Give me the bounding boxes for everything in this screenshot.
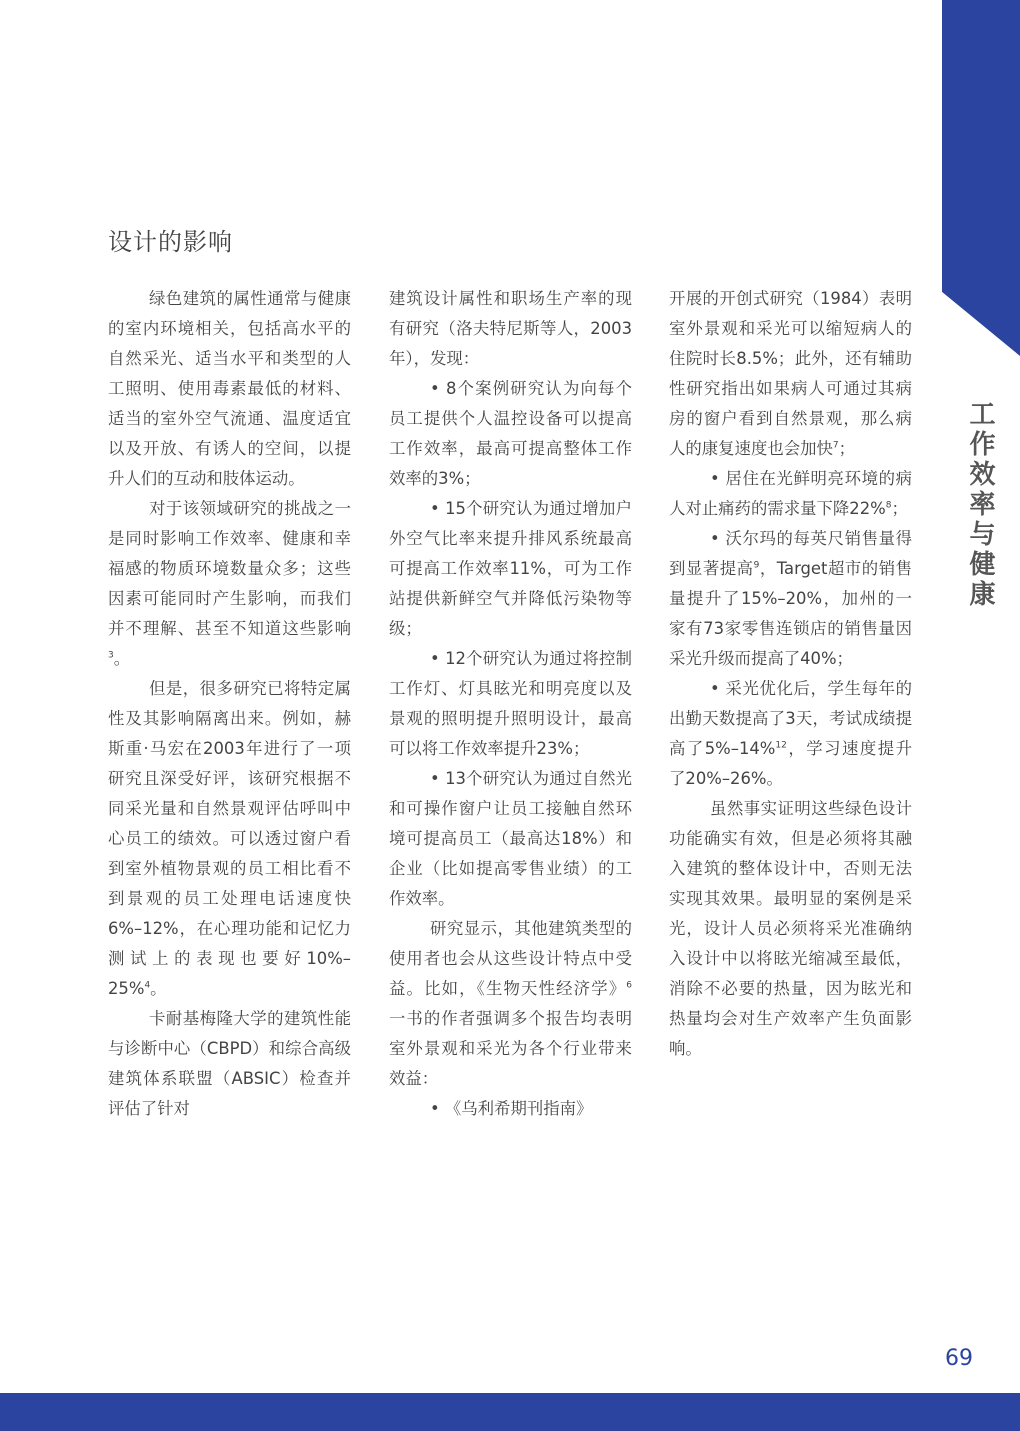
paragraph-text: 建筑设计属性和职场生产率的现有研究（洛夫特尼斯等人，2003年），发现： xyxy=(389,289,632,368)
paragraph: 研究显示，其他建筑类型的使用者也会从这些设计特点中受益。比如，《生物天性经济学》… xyxy=(389,914,632,1094)
paragraph-text: • 12个研究认为通过将控制工作灯、灯具眩光和明亮度以及景观的照明提升照明设计，… xyxy=(389,649,632,758)
page-number: 69 xyxy=(945,1346,973,1371)
paragraph-tail: 。 xyxy=(114,649,130,668)
paragraph-text: 对于该领域研究的挑战之一是同时影响工作效率、健康和幸福感的物质环境数量众多；这些… xyxy=(108,499,351,638)
paragraph: 对于该领域研究的挑战之一是同时影响工作效率、健康和幸福感的物质环境数量众多；这些… xyxy=(108,494,351,674)
chapter-title: 工作效率与健康 xyxy=(962,400,998,610)
paragraph: 卡耐基梅隆大学的建筑性能与诊断中心（CBPD）和综合高级建筑体系联盟（ABSIC… xyxy=(108,1004,351,1124)
footnote-ref: 6 xyxy=(626,981,632,991)
bullet-item: • 12个研究认为通过将控制工作灯、灯具眩光和明亮度以及景观的照明提升照明设计，… xyxy=(389,644,632,764)
paragraph-tail: ； xyxy=(891,499,907,518)
paragraph-text: • 居住在光鲜明亮环境的病人对止痛药的需求量下降22% xyxy=(669,469,912,518)
text-column-3: 开展的开创式研究（1984）表明室外景观和采光可以缩短病人的住院时长8.5%；此… xyxy=(669,284,912,1064)
bullet-item: • 13个研究认为通过自然光和可操作窗户让员工接触自然环境可提高员工（最高达18… xyxy=(389,764,632,914)
text-column-2: 建筑设计属性和职场生产率的现有研究（洛夫特尼斯等人，2003年），发现：• 8个… xyxy=(389,284,632,1124)
bullet-item: • 15个研究认为通过增加户外空气比率来提升排风系统最高可提高工作效率11%，可… xyxy=(389,494,632,644)
paragraph-text: 研究显示，其他建筑类型的使用者也会从这些设计特点中受益。比如，《生物天性经济学》 xyxy=(389,919,632,998)
text-column-1: 绿色建筑的属性通常与健康的室内环境相关，包括高水平的自然采光、适当水平和类型的人… xyxy=(108,284,351,1124)
bullet-item: • 居住在光鲜明亮环境的病人对止痛药的需求量下降22%8； xyxy=(669,464,912,524)
paragraph-tail: 一书的作者强调多个报告均表明室外景观和采光为各个行业带来效益： xyxy=(389,1009,632,1088)
bullet-item: • 沃尔玛的每英尺销售量得到显著提高9，Target超市的销售量提升了15%–2… xyxy=(669,524,912,674)
paragraph-text: • 15个研究认为通过增加户外空气比率来提升排风系统最高可提高工作效率11%，可… xyxy=(389,499,632,638)
bullet-item: • 《乌利希期刊指南》 xyxy=(389,1094,632,1124)
paragraph-text: 绿色建筑的属性通常与健康的室内环境相关，包括高水平的自然采光、适当水平和类型的人… xyxy=(108,289,351,488)
paragraph-text: 卡耐基梅隆大学的建筑性能与诊断中心（CBPD）和综合高级建筑体系联盟（ABSIC… xyxy=(108,1009,351,1118)
paragraph: 虽然事实证明这些绿色设计功能确实有效，但是必须将其融入建筑的整体设计中，否则无法… xyxy=(669,794,912,1064)
side-banner xyxy=(942,0,1020,356)
paragraph: 建筑设计属性和职场生产率的现有研究（洛夫特尼斯等人，2003年），发现： xyxy=(389,284,632,374)
paragraph-tail: ； xyxy=(839,439,855,458)
paragraph-text: • 8个案例研究认为向每个员工提供个人温控设备可以提高工作效率，最高可提高整体工… xyxy=(389,379,632,488)
section-title: 设计的影响 xyxy=(108,222,233,257)
paragraph-tail: 。 xyxy=(150,979,166,998)
paragraph: 绿色建筑的属性通常与健康的室内环境相关，包括高水平的自然采光、适当水平和类型的人… xyxy=(108,284,351,494)
paragraph-text: • 13个研究认为通过自然光和可操作窗户让员工接触自然环境可提高员工（最高达18… xyxy=(389,769,632,908)
bullet-item: • 采光优化后，学生每年的出勤天数提高了3天，考试成绩提高了5%–14%12，学… xyxy=(669,674,912,794)
paragraph: 开展的开创式研究（1984）表明室外景观和采光可以缩短病人的住院时长8.5%；此… xyxy=(669,284,912,464)
paragraph: 但是，很多研究已将特定属性及其影响隔离出来。例如，赫斯重·马宏在2003年进行了… xyxy=(108,674,351,1004)
paragraph-text: 虽然事实证明这些绿色设计功能确实有效，但是必须将其融入建筑的整体设计中，否则无法… xyxy=(669,799,912,1058)
bullet-item: • 8个案例研究认为向每个员工提供个人温控设备可以提高工作效率，最高可提高整体工… xyxy=(389,374,632,494)
footnote-ref: 12 xyxy=(775,741,786,751)
paragraph-text: 但是，很多研究已将特定属性及其影响隔离出来。例如，赫斯重·马宏在2003年进行了… xyxy=(108,679,351,998)
footer-bar xyxy=(0,1393,1020,1431)
paragraph-text: 开展的开创式研究（1984）表明室外景观和采光可以缩短病人的住院时长8.5%；此… xyxy=(669,289,912,458)
paragraph-text: • 《乌利希期刊指南》 xyxy=(430,1099,592,1118)
